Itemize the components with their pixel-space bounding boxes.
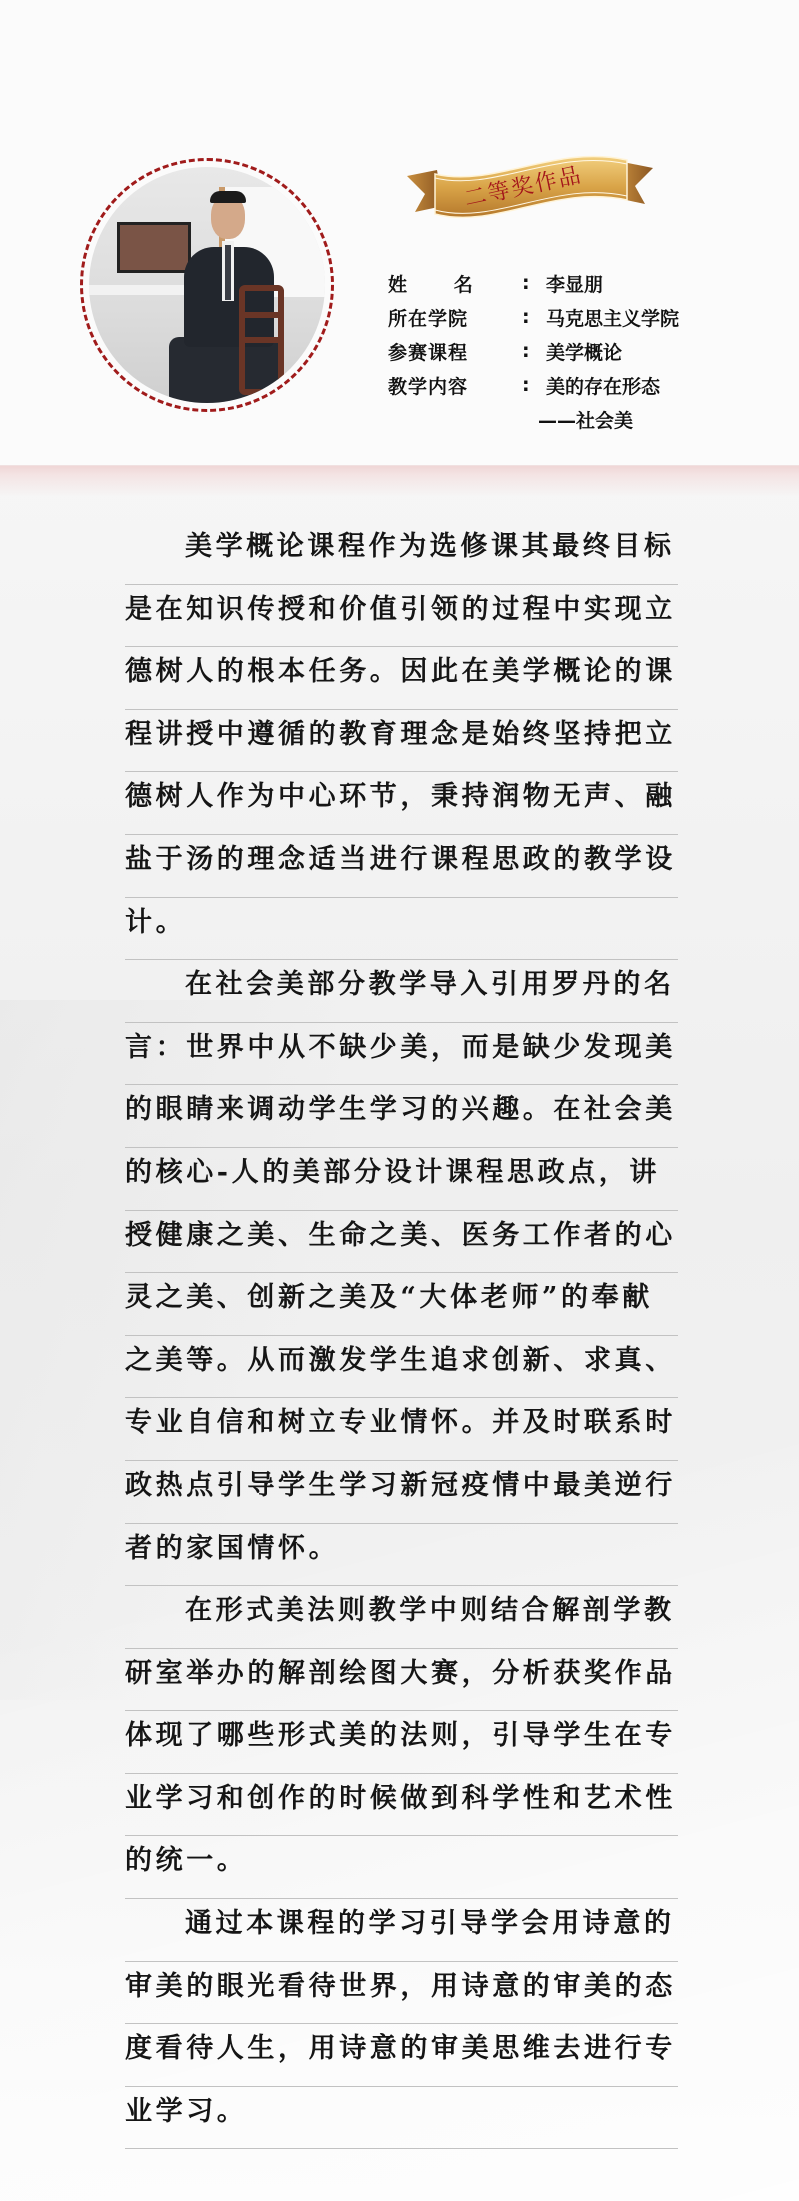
colon: :: [522, 272, 532, 294]
award-ribbon: 二等奖作品: [405, 148, 655, 228]
label-text: 所在学院: [388, 304, 468, 331]
photo-desk: [89, 285, 189, 295]
photo-monitor: [117, 222, 191, 273]
text-line: 授健康之美、生命之美、医务工作者的心: [125, 1211, 678, 1274]
text-line: 业学习和创作的时候做到科学性和艺术性: [125, 1774, 678, 1837]
info-label-college: 所在学院: [388, 304, 522, 331]
label-text: 姓 名: [388, 270, 474, 297]
info-label-content: 教学内容: [388, 372, 522, 399]
portrait-photo-frame: [80, 158, 334, 412]
text-line: 政热点引导学生学习新冠疫情中最美逆行: [125, 1461, 678, 1524]
info-subtitle: ——社会美: [388, 402, 679, 436]
teacher-info: 姓 名 : 李显朋 所在学院 : 马克思主义学院 参赛课程 : 美学概论 教学内…: [388, 266, 679, 436]
info-row-content: 教学内容 : 美的存在形态: [388, 368, 679, 402]
header-divider: [0, 465, 799, 496]
text-line: 的眼睛来调动学生学习的兴趣。在社会美: [125, 1085, 678, 1148]
info-label-course: 参赛课程: [388, 338, 522, 365]
info-label-name: 姓 名: [388, 270, 522, 297]
text-line: 研室举办的解剖绘图大赛，分析获奖作品: [125, 1649, 678, 1712]
info-value-course: 美学概论: [546, 338, 622, 365]
text-line: 度看待人生，用诗意的审美思维去进行专: [125, 2024, 678, 2087]
text-line: 德树人作为中心环节，秉持润物无声、融: [125, 772, 678, 835]
text-line: 盐于汤的理念适当进行课程思政的教学设: [125, 835, 678, 898]
photo-chair-slat: [239, 337, 284, 343]
text-line: 程讲授中遵循的教育理念是始终坚持把立: [125, 710, 678, 773]
label-text: 教学内容: [388, 372, 468, 399]
text-line: 的统一。: [125, 1836, 678, 1899]
text-line: 体现了哪些形式美的法则，引导学生在专: [125, 1711, 678, 1774]
text-line: 灵之美、创新之美及“大体老师”的奉献: [125, 1273, 678, 1336]
text-line: 是在知识传授和价值引领的过程中实现立: [125, 585, 678, 648]
text-line: 之美等。从而激发学生追求创新、求真、: [125, 1336, 678, 1399]
portrait-photo: [89, 167, 325, 403]
text-line: 美学概论课程作为选修课其最终目标: [125, 522, 678, 585]
text-line: 审美的眼光看待世界，用诗意的审美的态: [125, 1962, 678, 2025]
photo-chair-slat: [239, 312, 284, 318]
info-value-name: 李显朋: [546, 270, 603, 297]
info-row-name: 姓 名 : 李显朋: [388, 266, 679, 300]
info-row-college: 所在学院 : 马克思主义学院: [388, 300, 679, 334]
info-row-course: 参赛课程 : 美学概论: [388, 334, 679, 368]
text-line: 在社会美部分教学导入引用罗丹的名: [125, 960, 678, 1023]
info-value-content: 美的存在形态: [546, 372, 660, 399]
photo-hair: [210, 191, 246, 203]
text-line: 专业自信和树立专业情怀。并及时联系时: [125, 1398, 678, 1461]
profile-header: 二等奖作品 姓 名 : 李显朋 所在学院 : 马克思主义学院 参赛课程 : 美学…: [0, 0, 799, 465]
text-line: 计。: [125, 898, 678, 961]
text-line: 通过本课程的学习引导学会用诗意的: [125, 1899, 678, 1962]
text-line: 在形式美法则教学中则结合解剖学教: [125, 1586, 678, 1649]
info-value-college: 马克思主义学院: [546, 304, 679, 331]
label-text: 参赛课程: [388, 338, 468, 365]
colon: :: [522, 374, 532, 396]
text-line: 者的家国情怀。: [125, 1524, 678, 1587]
text-line: 德树人的根本任务。因此在美学概论的课: [125, 647, 678, 710]
text-line: 言：世界中从不缺少美，而是缺少发现美: [125, 1023, 678, 1086]
colon: :: [522, 340, 532, 362]
text-line: 的核心-人的美部分设计课程思政点，讲: [125, 1148, 678, 1211]
colon: :: [522, 306, 532, 328]
text-line: 业学习。: [125, 2087, 678, 2150]
photo-tie: [225, 245, 231, 300]
article-body: 美学概论课程作为选修课其最终目标是在知识传授和价值引领的过程中实现立德树人的根本…: [125, 522, 678, 2149]
